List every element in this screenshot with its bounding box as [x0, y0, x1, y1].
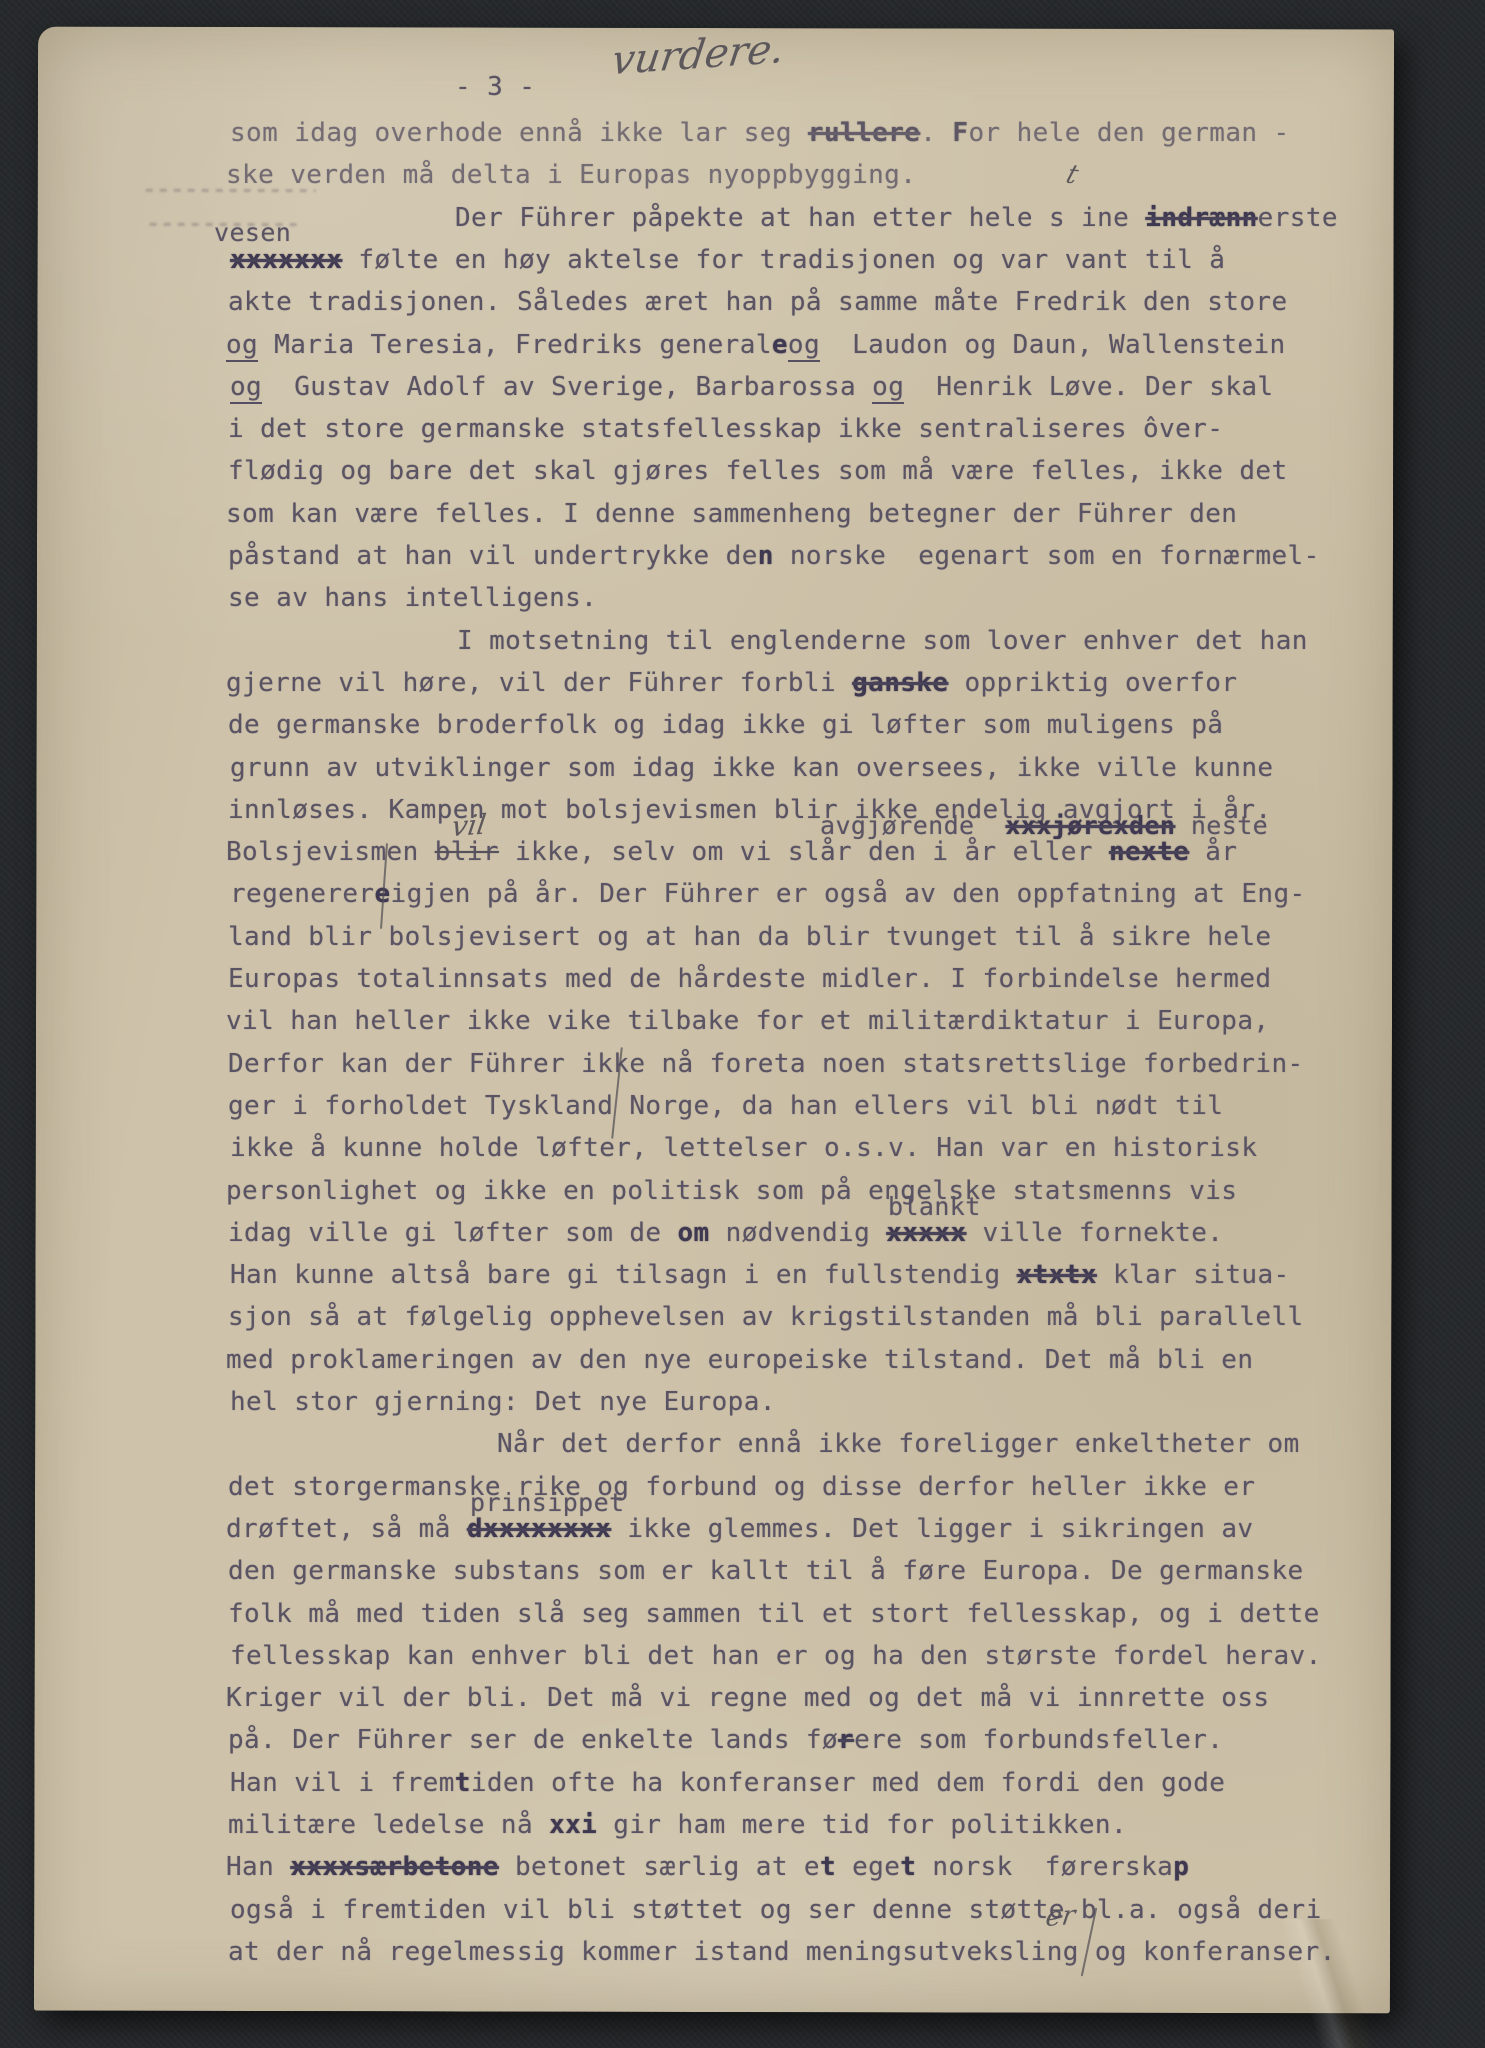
document-line: det storgermanske rike og forbund og dis…	[228, 1472, 1255, 1502]
corrected-text: og	[788, 330, 820, 362]
corrected-text: t	[900, 1852, 916, 1882]
typed-text: det storgermanske rike og forbund og dis…	[228, 1472, 1255, 1502]
typed-text: nødvendig	[710, 1218, 887, 1248]
corrected-text: n	[758, 541, 774, 571]
typed-text: neste	[1175, 811, 1268, 840]
document-line: Han vil i fremtiden ofte ha konferanser …	[230, 1768, 1225, 1798]
corrected-text: ganske	[852, 668, 948, 698]
typed-text: erste	[1258, 203, 1338, 233]
typed-text: ville fornekte.	[966, 1218, 1223, 1248]
corrected-text: og	[230, 372, 262, 404]
document-line: med proklameringen av den nye europeiske…	[226, 1345, 1253, 1375]
handwritten-annotation: vil	[449, 808, 488, 843]
typed-text: Derfor kan der Führer ikke nå foreta noe…	[228, 1049, 1304, 1079]
handwritten-annotation: t	[1062, 160, 1082, 191]
typed-text: Han	[226, 1852, 290, 1882]
typed-text: ikke glemmes. Det ligger i sikringen av	[611, 1514, 1253, 1544]
document-line: Der Führer påpekte at han etter hele s i…	[455, 203, 1338, 233]
typed-text: gir ham mere tid for politikken.	[597, 1810, 1127, 1840]
typed-insertion: vesen	[214, 218, 291, 247]
typed-text: regenerer	[230, 879, 374, 909]
typed-text: Laudon og Daun, Wallenstein	[820, 330, 1286, 360]
document-line: i det store germanske statsfellesskap ik…	[228, 414, 1223, 444]
typed-text: fellesskap kan enhver bli det han er og …	[230, 1641, 1322, 1671]
typed-text: Der Führer påpekte at han etter hele s i…	[455, 203, 1145, 233]
corrected-text: xxxxxxx	[230, 245, 342, 275]
typed-text: som idag overhode ennå ikke lar seg	[230, 118, 808, 148]
corrected-text: og	[226, 330, 258, 362]
typed-text: Når det derfor ennå ikke foreligger enke…	[497, 1429, 1300, 1459]
document-line: og Maria Teresia, Fredriks generaleog La…	[226, 330, 1286, 360]
typed-text: påstand at han vil undertrykke de	[228, 541, 758, 571]
typed-insertion: avgjørende xxxjørexden neste	[820, 811, 1268, 840]
corrected-text: F	[952, 118, 968, 148]
typed-text: Europas totalinnsats med de hårdeste mid…	[228, 964, 1271, 994]
corrected-text: r	[838, 1725, 854, 1755]
document-line: gjerne vil høre, vil der Führer forbli g…	[226, 668, 1237, 698]
typed-text: avgjørende	[820, 811, 1005, 840]
document-line: ger i forholdet Tyskland Norge, da han e…	[228, 1091, 1223, 1121]
document-line: at der nå regelmessig kommer istand meni…	[228, 1937, 1336, 1967]
typed-text: Han kunne altså bare gi tilsagn i en ful…	[230, 1260, 1017, 1290]
document-line: ikke å kunne holde løfter, lettelser o.s…	[230, 1133, 1257, 1163]
document-line: sjon så at følgelig opphevelsen av krigs…	[228, 1302, 1304, 1332]
corrected-text: t	[455, 1768, 471, 1798]
typed-text: drøftet, så må	[226, 1514, 467, 1544]
corrected-text: dxxxxxxxx	[467, 1514, 611, 1544]
typed-text: Gustav Adolf av Sverige, Barbarossa	[262, 372, 872, 402]
typed-text: or hele den german -	[968, 118, 1289, 148]
corrected-text: xxxxx	[886, 1218, 966, 1248]
typed-text: med proklameringen av den nye europeiske…	[226, 1345, 1253, 1375]
corrected-text: nexte	[1109, 837, 1189, 867]
typed-text: grunn av utviklinger som idag ikke kan o…	[230, 753, 1273, 783]
document-line: Derfor kan der Führer ikke nå foreta noe…	[228, 1049, 1304, 1079]
typed-text: at der nå regelmessig kommer istand meni…	[228, 1937, 1336, 1967]
typed-text: iden ofte ha konferanser med dem fordi d…	[471, 1768, 1226, 1798]
page-number: - 3 -	[455, 72, 535, 102]
typed-text: igjen på år. Der Führer er også av den o…	[391, 879, 1306, 909]
corrected-text: om	[678, 1218, 710, 1248]
document-line: folk må med tiden slå seg sammen til et …	[228, 1599, 1320, 1629]
typed-text: vil han heller ikke vike tilbake for et …	[226, 1006, 1269, 1036]
typed-text: flødig og bare det skal gjøres felles so…	[228, 456, 1288, 486]
typed-text: Kriger vil der bli. Det må vi regne med …	[226, 1683, 1269, 1713]
document-line: påstand at han vil undertrykke den norsk…	[228, 541, 1320, 571]
document-line: personlighet og ikke en politisk som på …	[226, 1176, 1237, 1206]
corrected-text: xxi	[549, 1810, 597, 1840]
document-line: Han kunne altså bare gi tilsagn i en ful…	[230, 1260, 1290, 1290]
typed-text: de germanske broderfolk og idag ikke gi …	[228, 710, 1223, 740]
typed-text: ske verden må delta i Europas nyoppbyggi…	[226, 160, 916, 190]
typed-text: norske egenart som en fornærmel-	[774, 541, 1320, 571]
typed-text: Han vil i frem	[230, 1768, 455, 1798]
document-line: Bolsjevismen blir ikke, selv om vi slår …	[226, 837, 1237, 867]
typed-text: betonet særlig at e	[499, 1852, 820, 1882]
document-line: I motsetning til englenderne som lover e…	[457, 626, 1308, 656]
typed-text: prinsippet	[470, 1488, 625, 1517]
document-line: Kriger vil der bli. Det må vi regne med …	[226, 1683, 1269, 1713]
corrected-text: rullere	[808, 118, 920, 148]
document-line: Han xxxxsærbetone betonet særlig at et e…	[226, 1852, 1189, 1882]
archive-scan: { "scan": { "background_color": "#26292b…	[0, 0, 1485, 2048]
typed-text: I motsetning til englenderne som lover e…	[457, 626, 1308, 656]
typed-text: Bolsjevismen	[226, 837, 435, 867]
typed-text: idag ville gi løfter som de	[228, 1218, 678, 1248]
document-line: flødig og bare det skal gjøres felles so…	[228, 456, 1288, 486]
typed-text: akte tradisjonen. Således æret han på sa…	[228, 287, 1288, 317]
typed-text: t	[1062, 160, 1082, 191]
typed-text: personlighet og ikke en politisk som på …	[226, 1176, 1237, 1206]
typed-text: oppriktig overfor	[948, 668, 1237, 698]
document-line: Når det derfor ennå ikke foreligger enke…	[497, 1429, 1300, 1459]
handwritten-annotation: er	[1044, 1900, 1078, 1933]
typed-text: vil	[449, 808, 488, 843]
typed-text: er	[1044, 1900, 1078, 1933]
typed-text: ikke, selv om vi slår den i år eller	[499, 837, 1109, 867]
typed-text: ikke å kunne holde løfter, lettelser o.s…	[230, 1133, 1257, 1163]
document-line: drøftet, så må dxxxxxxxx ikke glemmes. D…	[226, 1514, 1253, 1544]
typed-text: ege	[836, 1852, 900, 1882]
typed-text: norsk førerska	[916, 1852, 1173, 1882]
typed-insertion: blankt	[888, 1192, 981, 1221]
document-line: regenerereigjen på år. Der Führer er ogs…	[230, 879, 1306, 909]
typed-text: blankt	[888, 1192, 981, 1221]
typed-text: også i fremtiden vil bli støttet og ser …	[230, 1895, 1322, 1925]
typed-text: ere som forbundsfeller.	[854, 1725, 1223, 1755]
typed-text: Henrik Løve. Der skal	[904, 372, 1273, 402]
document-line: akte tradisjonen. Således æret han på sa…	[228, 287, 1288, 317]
document-line: xxxxxxx følte en høy aktelse for tradisj…	[230, 245, 1225, 275]
document-line: fellesskap kan enhver bli det han er og …	[230, 1641, 1322, 1671]
typed-text: ger i forholdet Tyskland Norge, da han e…	[228, 1091, 1223, 1121]
typed-text: klar situa-	[1097, 1260, 1290, 1290]
typed-text: sjon så at følgelig opphevelsen av krigs…	[228, 1302, 1304, 1332]
document-line: land blir bolsjevisert og at han da blir…	[228, 922, 1271, 952]
typed-text: følte en høy aktelse for tradisjonen og …	[342, 245, 1225, 275]
document-line: se av hans intelligens.	[228, 583, 597, 613]
document-line: og Gustav Adolf av Sverige, Barbarossa o…	[230, 372, 1273, 402]
typed-insertion: prinsippet	[470, 1488, 625, 1517]
typed-text: den germanske substans som er kallt til …	[228, 1556, 1304, 1586]
corrected-text: p	[1173, 1852, 1189, 1882]
typed-text: på. Der Führer ser de enkelte lands fø	[228, 1725, 838, 1755]
typed-text: i det store germanske statsfellesskap ik…	[228, 414, 1223, 444]
document-line: hel stor gjerning: Det nye Europa.	[230, 1387, 776, 1417]
document-line: militære ledelse nå xxi gir ham mere tid…	[228, 1810, 1127, 1840]
corrected-text: e	[772, 330, 788, 360]
document-line: på. Der Führer ser de enkelte lands føre…	[228, 1725, 1223, 1755]
corrected-text: og	[872, 372, 904, 404]
typed-text: gjerne vil høre, vil der Führer forbli	[226, 668, 852, 698]
document-line: som kan være felles. I denne sammenheng …	[226, 499, 1237, 529]
typed-text: år	[1189, 837, 1237, 867]
typed-text: militære ledelse nå	[228, 1810, 549, 1840]
typed-text: folk må med tiden slå seg sammen til et …	[228, 1599, 1320, 1629]
corrected-text: indrænn	[1145, 203, 1257, 233]
corrected-text: xtxtx	[1017, 1260, 1097, 1290]
typed-text: vesen	[214, 218, 291, 247]
typed-text: .	[920, 118, 952, 148]
handwritten-note: vurdere.	[609, 26, 787, 85]
corrected-text: xxxjørexden	[1005, 811, 1175, 840]
typed-text: som kan være felles. I denne sammenheng …	[226, 499, 1237, 529]
document-line: grunn av utviklinger som idag ikke kan o…	[230, 753, 1273, 783]
document-line: vil han heller ikke vike tilbake for et …	[226, 1006, 1269, 1036]
document-line: de germanske broderfolk og idag ikke gi …	[228, 710, 1223, 740]
document-line: ske verden må delta i Europas nyoppbyggi…	[226, 160, 916, 190]
typed-text: land blir bolsjevisert og at han da blir…	[228, 922, 1271, 952]
typed-text: Maria Teresia, Fredriks general	[258, 330, 772, 360]
document-line: som idag overhode ennå ikke lar seg rull…	[230, 118, 1290, 148]
typed-text: hel stor gjerning: Det nye Europa.	[230, 1387, 776, 1417]
corrected-text: t	[820, 1852, 836, 1882]
document-line: idag ville gi løfter som de om nødvendig…	[228, 1218, 1223, 1248]
corrected-text: xxxxsærbetone	[290, 1852, 499, 1882]
typed-text: se av hans intelligens.	[228, 583, 597, 613]
document-line: den germanske substans som er kallt til …	[228, 1556, 1304, 1586]
document-line: også i fremtiden vil bli støttet og ser …	[230, 1895, 1322, 1925]
document-line: Europas totalinnsats med de hårdeste mid…	[228, 964, 1271, 994]
document-text-layer: - 3 - vurdere. som idag overhode ennå ik…	[0, 0, 1485, 2048]
